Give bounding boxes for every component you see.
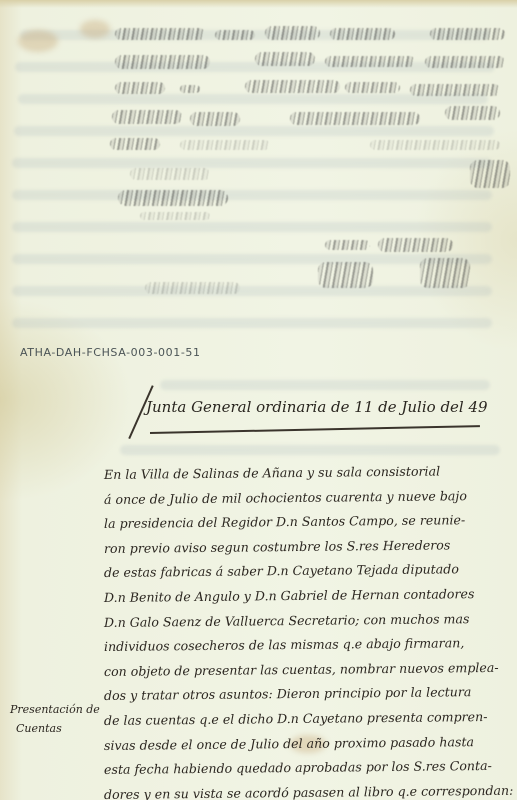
- bleed-through-line: [12, 286, 492, 296]
- heading-underline: [150, 425, 480, 433]
- text-line: dores y en su vista se acordó pasasen al…: [104, 778, 514, 800]
- paper-stain: [18, 30, 58, 52]
- bleed-through-line: [12, 190, 492, 200]
- meeting-heading: Junta General ordinaria de 11 de Julio d…: [146, 398, 488, 416]
- text-line: En la Villa de Salinas de Añana y su sal…: [104, 459, 514, 488]
- bleed-through-line: [120, 445, 500, 455]
- bleed-through-line: [15, 62, 495, 72]
- margin-note: Presentación de Cuentas: [10, 700, 100, 738]
- bleed-through-line: [12, 318, 492, 328]
- margin-note-line: Cuentas: [10, 719, 100, 738]
- manuscript-page: ATHA-DAH-FCHSA-003-001-51 Junta General …: [0, 0, 517, 800]
- text-line: de las cuentas q.e el dicho D.n Cayetano…: [104, 705, 514, 734]
- page-top-edge: [0, 0, 517, 8]
- bleed-through-line: [14, 126, 494, 136]
- minutes-body: En la Villa de Salinas de Añana y su sal…: [104, 463, 514, 800]
- paper-stain: [80, 20, 110, 38]
- bleed-through-line: [160, 380, 490, 390]
- bleed-through-line: [12, 158, 492, 168]
- catalog-id-stamp: ATHA-DAH-FCHSA-003-001-51: [20, 346, 201, 359]
- margin-note-line: Presentación de: [10, 700, 100, 719]
- text-line: D.n Benito de Angulo y D.n Gabriel de He…: [104, 582, 514, 611]
- bleed-through-line: [12, 222, 492, 232]
